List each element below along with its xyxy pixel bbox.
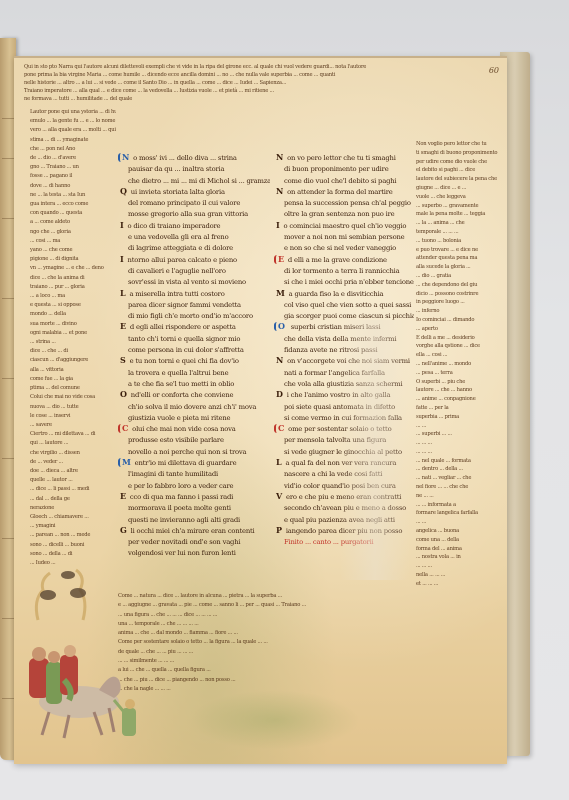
gloss-line: a ... come aldeto	[30, 218, 116, 227]
gloss-line: angelica ... buona	[416, 527, 502, 536]
gloss-line: Io cominciai ... dimando	[416, 316, 502, 325]
gloss-line: de ... dio ... d'avere	[30, 154, 116, 163]
gloss-line: ... dentro ... della ...	[416, 465, 502, 474]
gloss-line: le cose ... inservi	[30, 412, 116, 421]
gloss-line: quelle ... lautor ...	[30, 476, 116, 485]
gloss-line: Come ... natura ... dice ... lautore in …	[118, 592, 498, 601]
gloss-line: Gloech ... chiamavere ...	[30, 513, 116, 522]
gloss-line: pigione ... di dignita	[30, 255, 116, 264]
flames-with-hands-illustration	[28, 565, 108, 625]
gloss-line: fatte ... per la	[416, 404, 502, 413]
gloss-line: sono ... della ... di	[30, 550, 116, 559]
verse-line: mormorava il poeta molte genti	[118, 503, 270, 514]
decorated-initial: N	[274, 187, 285, 196]
gloss-line: ciascun ... d'aggiungere	[30, 356, 116, 365]
gloss-line: ... ... informata a	[416, 501, 502, 510]
gloss-line: vn ... ymagine ... e che ... deno	[30, 264, 116, 273]
gloss-line: ... dio ... gratia	[416, 272, 502, 281]
verse-line: No moss' ivi ... dello diva ... strina	[118, 153, 270, 164]
decorated-initial: I	[274, 221, 282, 230]
gloss-line: come fue ... la gia	[30, 375, 116, 384]
verse-line: giustizia vuole e pieta mi ritene	[118, 413, 270, 424]
gloss-line: vuole ... che leggeva	[416, 193, 502, 202]
verse-line: produsse esto visibile parlare	[118, 435, 270, 446]
gloss-line: ... aperto	[416, 325, 502, 334]
verse-line: a te che fia se'l tuo metti in oblio	[118, 379, 270, 390]
gloss-line: ... superbi ... ...	[416, 430, 502, 439]
gloss-line: ... la ... anima ... che	[416, 219, 502, 228]
gloss-line: ... savere	[30, 421, 116, 430]
decorated-initial: S	[118, 356, 128, 365]
verse-line: di buon proponimento per udire	[274, 164, 414, 175]
gloss-line: formare langelica farfalla	[416, 509, 502, 518]
gloss-line: O superbi ... piu che	[416, 378, 502, 387]
verse-line: la trovera e quella l'altrui bene	[118, 368, 270, 379]
verse-line: Gli occhi miei ch'a mirare eran contenti	[118, 526, 270, 537]
verse-line: questi ne invieranno agli alti gradi	[118, 515, 270, 526]
verse-line: oltre la gran sentenza non puo ire	[274, 209, 414, 220]
gloss-line: ... che dependono del giu	[416, 281, 502, 290]
decorated-initial: N	[274, 153, 285, 162]
verse-line: Ond'elli or conforta che conviene	[118, 390, 270, 401]
gloss-line: ne formava ... tutti ... humilitade ... …	[24, 95, 484, 103]
verse-line: per veder novitadi ond'e son vaghi	[118, 537, 270, 548]
gloss-line: e puo trovare ... e dice ne	[416, 246, 502, 255]
verse-line: Io cominciai maestro quel ch'io veggio	[274, 221, 414, 232]
gloss-line: emulo ... la gente fu ... e ... lo nome …	[30, 117, 116, 126]
gloss-line: ogni malabia ... et pone	[30, 329, 116, 338]
verse-line: Ma guarda fiso la e disviticchia	[274, 289, 414, 300]
gloss-line: nel fiore ... ... che che	[416, 483, 502, 492]
verse-line: Ed egli allei rispondere or aspetta	[118, 322, 270, 333]
verse-line: La miserella intra tutti costoro	[118, 289, 270, 300]
decorated-initial: V	[274, 492, 284, 501]
decorated-initial: L	[118, 289, 127, 298]
gloss-line: in peggiore luogo ...	[416, 298, 502, 307]
gloss-line: ... nel quale ... formata	[416, 457, 502, 466]
gloss-line: nerazione	[30, 504, 116, 513]
gloss-line: ella ... cosi ...	[416, 351, 502, 360]
left-gloss-column: Lautor pone qui una ystoria ... di humil…	[30, 108, 116, 578]
gloss-line: per udire come dio vuole che	[416, 158, 502, 167]
gloss-line: Lautor pone qui una ystoria ... di humil…	[30, 108, 116, 117]
gloss-line: con quando ... questa	[30, 209, 116, 218]
gloss-line: ... superbo ... gravamente	[416, 202, 502, 211]
gloss-line: nella ... ... ...	[416, 571, 502, 580]
verse-line: l'imagini di tante humilitadi	[118, 469, 270, 480]
decorated-initial: P	[274, 526, 284, 535]
verse-line: si che i miei occhi pria n'ebber tencion…	[274, 277, 414, 288]
gloss-line: Ciertro ... mi dilettava ... di	[30, 430, 116, 439]
gloss-line: ... parean ... non ... mede	[30, 531, 116, 540]
verse-line: Qui invieta storiata lalta gloria	[118, 187, 270, 198]
verse-column-1: No moss' ivi ... dello diva ... strinapa…	[118, 153, 270, 573]
gloss-line: ... una figura ... che ... ... ... dice …	[118, 611, 498, 620]
verse-line: pauisar da qu ... inaltra storia	[118, 164, 270, 175]
faded-area	[340, 320, 410, 580]
gloss-line: alla ... vittoria	[30, 366, 116, 375]
verse-line: e per lo fabbro loro a veder care	[118, 481, 270, 492]
gloss-line: vero ... alla quale era ... molti ... qu…	[30, 126, 116, 135]
decorated-initial: E	[274, 255, 286, 264]
verse-line: mosse gregorio alla sua gran vittoria	[118, 209, 270, 220]
verse-line: di cavalieri e l'aguglie nell'oro	[118, 266, 270, 277]
decorated-initial: Q	[118, 187, 129, 196]
decorated-initial: C	[118, 424, 130, 433]
verse-line: del romano principato il cui valore	[118, 198, 270, 209]
gloss-line: dice ... che ... di	[30, 347, 116, 356]
gloss-line: come una ... della	[416, 536, 502, 545]
decorated-initial: I	[118, 255, 126, 264]
verse-line: col viso quel che vien sotto a quei sass…	[274, 300, 414, 311]
verse-line: volgendosi ver lui non furon lenti	[118, 548, 270, 559]
gloss-line: ... nell'anime ... mondo	[416, 360, 502, 369]
gloss-line: ... inferno	[416, 307, 502, 316]
gloss-line: e ... aggiugne ... gravata ... pie ... c…	[118, 601, 498, 610]
gloss-line: dice ... che la anima di	[30, 274, 116, 283]
gloss-line: ngo che ... gloria	[30, 228, 116, 237]
gloss-line: ... ... similmente ... ... ...	[118, 657, 498, 666]
verse-line: sovr'essi in vista al vento si movieno	[118, 277, 270, 288]
verse-line: Io dico di traiano imperadore	[118, 221, 270, 232]
water-stain	[190, 690, 360, 750]
decorated-initial: E	[118, 492, 128, 501]
verse-line: di mio figli ch'e morto ond'io m'accoro	[118, 311, 270, 322]
gloss-line: ne ... ...	[416, 492, 502, 501]
gloss-line: mondo ... della	[30, 310, 116, 319]
gloss-line: che ... pon nel Ano	[30, 145, 116, 154]
gloss-line: et ... ... ...	[416, 580, 502, 589]
gloss-line: ... ...	[416, 518, 502, 527]
gloss-line: anima ... che ... dal mondo ... fiamma .…	[118, 629, 498, 638]
gloss-line: gno ... Traiano ... un	[30, 163, 116, 172]
decorated-initial: E	[118, 322, 128, 331]
verse-line: Intorno allui parea calcato e pieno	[118, 255, 270, 266]
gloss-line: fosse ... pagano il	[30, 172, 116, 181]
verse-line: e non so che si nel veder vaneggio	[274, 243, 414, 254]
header-gloss: Qui in sto pto Narra qui l'autore alcuni…	[24, 63, 484, 103]
gloss-line: Qui in sto pto Narra qui l'autore alcuni…	[24, 63, 484, 71]
gloss-line: stima ... di ... ymaginate	[30, 136, 116, 145]
decorated-initial: N	[118, 153, 131, 162]
gloss-line: gua intera ... ecco come	[30, 200, 116, 209]
gloss-line: ... ... ...	[416, 439, 502, 448]
decorated-initial: G	[118, 526, 129, 535]
verse-line: Ed elli a me la grave condizione	[274, 255, 414, 266]
decorated-initial: N	[274, 356, 285, 365]
verse-line: di lor tormento a terra li rannicchia	[274, 266, 414, 277]
gloss-line: lautore del subiecere la pena che	[416, 175, 502, 184]
gloss-line: ... dice ... li passi ... medi	[30, 485, 116, 494]
gloss-line: a lui ... che ... quella ... quella figu…	[118, 666, 498, 675]
gloss-line: ... ... ...	[416, 448, 502, 457]
gloss-line: ... anime ... conpagnione	[416, 395, 502, 404]
verse-line: mover a noi non mi sembian persone	[274, 232, 414, 243]
gloss-line: giugne ... dice ... e ...	[416, 184, 502, 193]
gloss-line: yano ... che come	[30, 246, 116, 255]
decorated-initial: D	[274, 390, 285, 399]
verse-line: come dio vuol che'l debito si paghi	[274, 176, 414, 187]
gloss-line: ... cosi ... ma	[30, 237, 116, 246]
gloss-line: ti smaghi di buono proponimento	[416, 149, 502, 158]
verse-line: e una vedovella gli era al freno	[118, 232, 270, 243]
verse-line: Colui che mai non vide cosa nova	[118, 424, 270, 435]
verse-line: parea dicer signor fammi vendetta	[118, 300, 270, 311]
gloss-line: male la pena molte ... teggia	[416, 210, 502, 219]
gloss-line: Come per sostentare solaio o tetto ... l…	[118, 638, 498, 647]
gloss-line: temporale ... ... ...	[416, 228, 502, 237]
gloss-line: doe ... dieca ... altre	[30, 467, 116, 476]
gloss-line: Traiano imperatore ... alla qual ... e d…	[24, 87, 484, 95]
gloss-line: pone prima la bia virgine Maria ... come…	[24, 71, 484, 79]
verse-line: tanto ch'i torni e quella signor mio	[118, 334, 270, 345]
decorated-initial: L	[274, 458, 283, 467]
gloss-line: alla sucede la gloria ...	[416, 263, 502, 272]
bottom-gloss: Come ... natura ... dice ... lautore in …	[118, 592, 498, 702]
verse-line: di lagrime atteggiata e di dolore	[118, 243, 270, 254]
verse-line: Non vo pero lettor che tu ti smaghi	[274, 153, 414, 164]
gloss-line: ... ymagini	[30, 522, 116, 531]
gloss-line: Non voglio pero lettor che tu	[416, 140, 502, 149]
gloss-line: dicio ... possono costrinre	[416, 290, 502, 299]
gloss-line: traiano ... pur ... gloria	[30, 283, 116, 292]
folio-number: 60	[489, 66, 499, 75]
gloss-line: ptima ... del comune	[30, 384, 116, 393]
gloss-line: ne ... la testa ... sta Iun	[30, 191, 116, 200]
gloss-line: attender questa pena ma	[416, 254, 502, 263]
verse-line: pensa la succession pensa ch'al peggio	[274, 198, 414, 209]
verse-line: ch'io solva il mio dovere anzi ch'i' mov…	[118, 402, 270, 413]
gloss-line: forma del ... anima	[416, 545, 502, 554]
gloss-line: ... ...	[416, 422, 502, 431]
gloss-line: ... nati ... vegliar ... che	[416, 474, 502, 483]
verse-line: novello a noi perche qui non si trova	[118, 447, 270, 458]
gloss-line: E delli a me ... desiderio	[416, 334, 502, 343]
decorated-initial: O	[118, 390, 129, 399]
verse-line: Se tu non torni e quei chi fia dov'io	[118, 356, 270, 367]
gloss-line: de ... veder ...	[30, 458, 116, 467]
right-gloss-column: Non voglio pero lettor che tuti smaghi d…	[416, 140, 502, 590]
gloss-line: nelle historie ... altro ... a lui ... s…	[24, 79, 484, 87]
decorated-initial: O	[274, 322, 287, 331]
decorated-initial: M	[118, 458, 133, 467]
gloss-line: ... tuono ... bolonia	[416, 237, 502, 246]
gloss-line: superbia ... prima	[416, 413, 502, 422]
gloss-line: ... nostra vola ... in	[416, 553, 502, 562]
gloss-line: ... dal ... della ge	[30, 495, 116, 504]
decorated-initial: M	[274, 289, 287, 298]
gloss-line: sua morte ... divino	[30, 320, 116, 329]
gloss-line: el debito si paghi ... dice	[416, 166, 502, 175]
gloss-line: dove ... di hanno	[30, 182, 116, 191]
verse-line: che dietro ... mi ... mi di Michol si ..…	[118, 176, 270, 187]
gloss-line: una ... temporale ... che ... ... ... ..…	[118, 620, 498, 629]
gloss-line: ... pesa ... terra	[416, 369, 502, 378]
verse-line: Ecco di qua ma fanno i passi radi	[118, 492, 270, 503]
decorated-initial: I	[118, 221, 126, 230]
verse-line: Non attender la forma del martire	[274, 187, 414, 198]
gloss-line: lautore ... che ... hanno	[416, 386, 502, 395]
gloss-line: ... strina ...	[30, 338, 116, 347]
gloss-line: Colui che mai no vide cosa	[30, 393, 116, 402]
verse-line: come persona in cui dolor s'affretta	[118, 345, 270, 356]
trajan-and-widow-illustration	[14, 640, 144, 740]
gloss-line: ... che ... piu ... dice ... piangendo .…	[118, 676, 498, 685]
verse-line: Mentr'io mi dilettava di guardare	[118, 458, 270, 469]
decorated-initial: C	[274, 424, 286, 433]
gloss-line: che virgilio ... dissen	[30, 449, 116, 458]
gloss-line: de quale ... che ... ... piu ... ... ...	[118, 648, 498, 657]
gloss-line: nuova ... dio ... tutte	[30, 403, 116, 412]
gloss-line: e questa ... si oppose	[30, 301, 116, 310]
gloss-line: sono ... dicelli ... buoni	[30, 541, 116, 550]
gloss-line: ... ... ...	[416, 562, 502, 571]
gloss-line: ... a loco ... ma	[30, 292, 116, 301]
gloss-line: vorghe alla qstione ... dice	[416, 342, 502, 351]
gloss-line: qui ... lautore ...	[30, 439, 116, 448]
